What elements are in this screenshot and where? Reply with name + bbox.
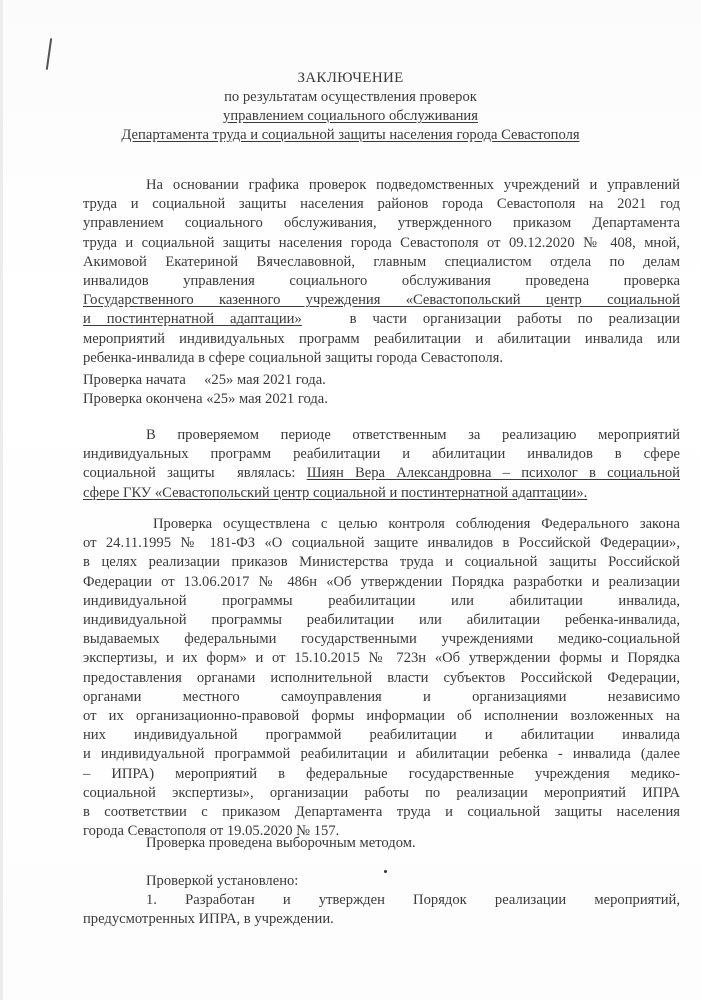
institution-name-underlined: и постинтернатной адаптации» — [83, 311, 302, 327]
text-line: социальной защиты являлась: Шиян Вера Ал… — [83, 464, 680, 483]
text-line: органами местного самоуправления и орган… — [83, 688, 680, 707]
inspection-end-date: Проверка окончена «25» мая 2021 года. — [83, 390, 680, 409]
document-title: ЗАКЛЮЧЕНИЕ — [0, 69, 701, 88]
text-fragment: в части организации работы по реализации — [350, 311, 680, 327]
finding-item-1: 1. Разработан и утвержден Порядок реализ… — [83, 891, 680, 910]
finding-item-1-cont: предусмотренных ИПРА, в учреждении. — [83, 910, 680, 929]
text-line: предоставления органами исполнительной в… — [83, 669, 680, 688]
text-line: Акимовой Екатериной Вячеславовной, главн… — [83, 253, 680, 272]
paragraph-findings: Проверкой установлено: 1. Разработан и у… — [83, 872, 680, 930]
text-line: управлением социального обслуживания, ут… — [83, 214, 680, 233]
inspection-dates: Проверка начата «25» мая 2021 года. Пров… — [83, 371, 680, 409]
text-line: мероприятий индивидуальных программ реаб… — [83, 330, 680, 349]
text-line: Проверка проведена выборочным методом. — [83, 834, 680, 853]
text-line: ребенка-инвалида в сфере социальной защи… — [83, 349, 680, 368]
paragraph-method: Проверка проведена выборочным методом. — [83, 834, 680, 853]
text-line: экспертизы, и их форм» и от 15.10.2015 №… — [83, 649, 680, 668]
document-subtitle-2: управлением социального обслуживания — [0, 107, 701, 126]
inspection-start-date: Проверка начата «25» мая 2021 года. — [83, 371, 680, 390]
text-line: инвалидов управления социального обслужи… — [83, 272, 680, 291]
paragraph-responsible: В проверяемом периоде ответственным за р… — [83, 426, 680, 503]
text-line: труда и социальной защиты населения райо… — [83, 195, 680, 214]
text-line: от 24.11.1995 № 181-ФЗ «О социальной защ… — [83, 534, 680, 553]
document-page: ЗАКЛЮЧЕНИЕ по результатам осуществления … — [0, 0, 701, 1000]
text-line: На основании графика проверок подведомст… — [83, 176, 680, 195]
pen-mark — [46, 38, 52, 70]
findings-heading: Проверкой установлено: — [83, 872, 680, 891]
text-line: выдаваемых федеральными государственными… — [83, 630, 680, 649]
text-line: них индивидуальной программой реабилитац… — [83, 726, 680, 745]
text-fragment: социальной защиты являлась: — [83, 465, 307, 481]
document-subtitle-3: Департамента труда и социальной защиты н… — [0, 126, 701, 145]
text-line: в целях реализации приказов Министерства… — [83, 553, 680, 572]
document-header: ЗАКЛЮЧЕНИЕ по результатам осуществления … — [0, 69, 701, 145]
text-line: индивидуальной программы реабилитации ил… — [83, 592, 680, 611]
text-line-underlined: Государственного казенного учреждения «С… — [83, 291, 680, 310]
text-line: индивидуальной программы реабилитации ил… — [83, 611, 680, 630]
paragraph-basis: На основании графика проверок подведомст… — [83, 176, 680, 368]
text-line: Федерации от 13.06.2017 № 486н «Об утвер… — [83, 573, 680, 592]
text-line: и индивидуальной программой реабилитации… — [83, 745, 680, 764]
text-line: труда и социальной защиты населения горо… — [83, 234, 680, 253]
text-line: от их организационно-правовой формы инфо… — [83, 707, 680, 726]
text-line: Проверка осуществлена с целью контроля с… — [83, 515, 680, 534]
text-line: и постинтернатной адаптации» в части орг… — [83, 310, 680, 329]
text-line: В проверяемом периоде ответственным за р… — [83, 426, 680, 445]
text-line: индивидуальных программ реабилитации и а… — [83, 445, 680, 464]
responsible-person: Шиян Вера Александровна – психолог в соц… — [307, 465, 680, 481]
text-line: – ИПРА) мероприятий в федеральные госуда… — [83, 765, 680, 784]
text-line: в соответствии с приказом Департамента т… — [83, 803, 680, 822]
responsible-person-org: сфере ГКУ «Севастопольский центр социаль… — [83, 484, 680, 503]
scan-edge — [0, 0, 3, 1000]
document-subtitle-1: по результатам осуществления проверок — [0, 88, 701, 107]
paragraph-purpose: Проверка осуществлена с целью контроля с… — [83, 515, 680, 841]
text-line: социальной экспертизы», организации рабо… — [83, 784, 680, 803]
